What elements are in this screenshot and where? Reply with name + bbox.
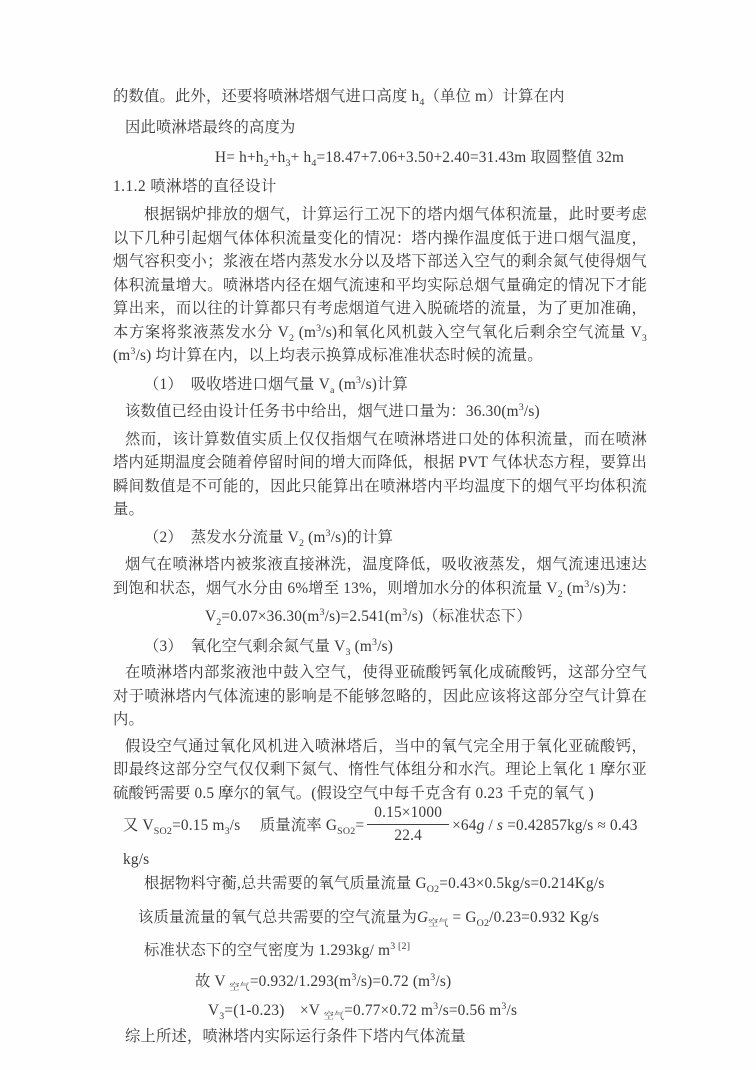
paragraph-given-value: 该数值已经由设计任务书中给出，烟气进口量为：36.30(m3/s) <box>113 400 647 424</box>
paragraph-g-air: 该质量流量的氧气总共需要的空气流量为G空气 = GO2/0.23=0.932 K… <box>113 906 647 930</box>
document-content: 的数值。此外，还要将喷淋塔烟气进口高度 h4（单位 m）计算在内 因此喷淋塔最终… <box>113 85 647 1049</box>
formula-v2: V2=0.07×36.30(m3/s)=2.541(m3/s)（标准状态下） <box>113 605 647 629</box>
paragraph-oxidation-assumption: 假设空气通过氧化风机进入喷淋塔后，当中的氧气完全用于氧化亚硫酸钙，即最终这部分空… <box>113 735 647 806</box>
formula-v-air: 故 V 空气=0.932/1.293(m3/s)=0.72 (m3/s) <box>113 970 647 994</box>
formula-gso2: 又 VSO2=0.15 m3/s 质量流率 GSO2=0.15×100022.4… <box>113 805 647 872</box>
section-heading-1-1-2: 1.1.2 喷淋塔的直径设计 <box>113 175 647 199</box>
document-page: 的数值。此外，还要将喷淋塔烟气进口高度 h4（单位 m）计算在内 因此喷淋塔最终… <box>0 0 756 1070</box>
list-item-3-residual-nitrogen: （3） 氧化空气剩余氮气量 V3 (m3/s) <box>113 635 647 659</box>
formula-total-height: H= h+h2+h3+ h4=18.47+7.06+3.50+2.40=31.4… <box>113 146 647 170</box>
paragraph-diameter-intro: 根据锅炉排放的烟气，计算运行工况下的塔内烟气体积流量，此时要考虑以下几种引起烟气… <box>113 203 647 368</box>
paragraph-continuation: 的数值。此外，还要将喷淋塔烟气进口高度 h4（单位 m）计算在内 <box>113 85 647 109</box>
paragraph-summary: 综上所述，喷淋塔内实际运行条件下塔内气体流量 <box>113 1025 647 1049</box>
paragraph-air-density: 标准状态下的空气密度为 1.293kg/ m3 [2] <box>113 939 647 963</box>
paragraph-evaporation: 烟气在喷淋塔内被浆液直接淋洗，温度降低，吸收液蒸发，烟气流速迅速达到饱和状态，烟… <box>113 553 647 600</box>
formula-v3: V3=(1-0.23) ×V 空气=0.77×0.72 m3/s=0.56 m3… <box>113 999 647 1023</box>
paragraph-height-conclusion: 因此喷淋塔最终的高度为 <box>113 116 647 140</box>
paragraph-pvt-note: 然而，该计算数值实质上仅仅指烟气在喷淋塔进口处的体积流量，而在喷淋塔内延期温度会… <box>113 428 647 522</box>
list-item-1-inlet-flue-gas: （1） 吸收塔进口烟气量 Va (m3/s)计算 <box>113 373 647 397</box>
list-item-2-evaporation-flow: （2） 蒸发水分流量 V2 (m3/s)的计算 <box>113 526 647 550</box>
paragraph-oxidation-air: 在喷淋塔内部浆液池中鼓入空气，使得亚硫酸钙氧化成硫酸钙，这部分空气对于喷淋塔内气… <box>113 661 647 732</box>
paragraph-go2: 根据物料守蘅,总共需要的氧气质量流量 GO2=0.43×0.5kg/s=0.21… <box>113 872 647 896</box>
